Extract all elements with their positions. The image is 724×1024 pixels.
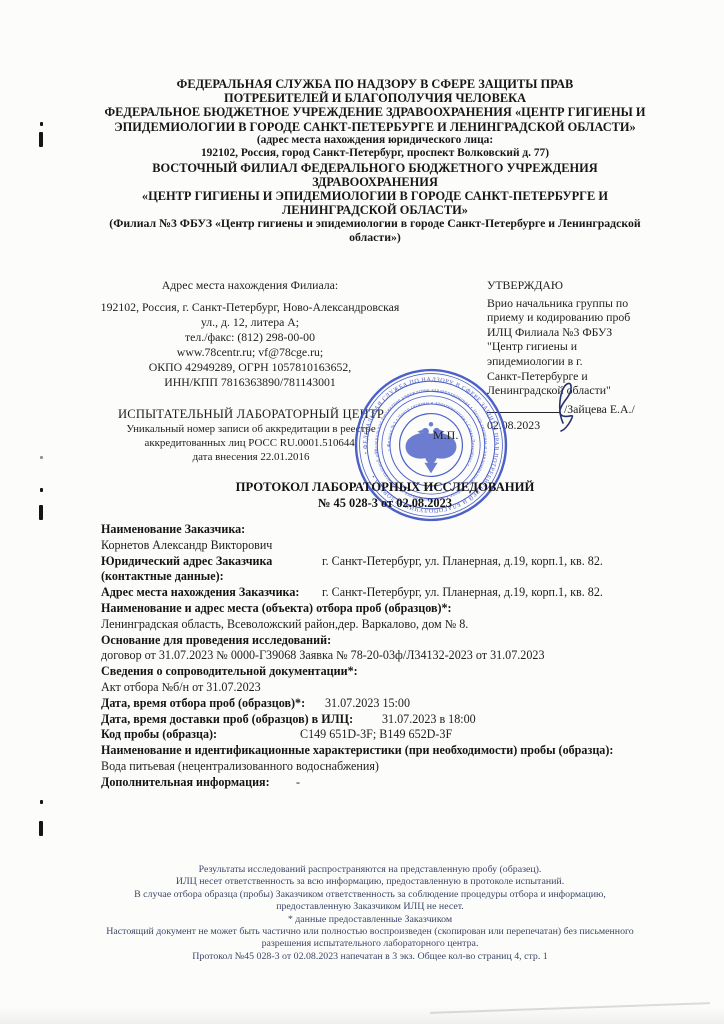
field-label: Адрес места нахождения Заказчика: <box>101 585 299 599</box>
footer-lines: Результаты исследований распространяются… <box>45 864 695 963</box>
field-value: 31.07.2023 в 18:00 <box>382 712 476 728</box>
field-value: Ленинградская область, Всеволожский райо… <box>101 617 676 633</box>
branch-address-line: www.78centr.ru; vf@78cge.ru; <box>85 345 415 360</box>
scan-artifact-mark <box>39 821 43 836</box>
org-header-line: «ЦЕНТР ГИГИЕНЫ И ЭПИДЕМИОЛОГИИ В ГОРОДЕ … <box>50 189 700 203</box>
scan-artifact-mark <box>40 800 43 804</box>
protocol-number: № 45 028-3 от 02.08.2023 <box>65 495 705 511</box>
branch-address-line: тел./факс: (812) 298-00-00 <box>85 330 415 345</box>
approval-line: Врио начальника группы по <box>487 296 712 311</box>
org-header-line: области») <box>50 231 700 245</box>
approval-line: эпидемиологии в г. <box>487 354 712 369</box>
approval-line: приему и кодированию проб <box>487 310 712 325</box>
footer-line: предоставленную Заказчиком ИЛЦ не несет. <box>45 901 695 913</box>
scan-artifact-mark <box>39 132 43 147</box>
field-row: Дата, время доставки проб (образцов) в И… <box>101 712 676 728</box>
field-value: 31.07.2023 15:00 <box>325 696 410 712</box>
org-header-line: (Филиал №3 ФБУЗ «Центр гигиены и эпидеми… <box>50 217 700 231</box>
scan-artifact-mark <box>40 122 43 126</box>
field-label: Наименование и адрес места (объекта) отб… <box>101 601 452 615</box>
field-label: Дата, время доставки проб (образцов) в И… <box>101 712 353 726</box>
org-header: ФЕДЕРАЛЬНАЯ СЛУЖБА ПО НАДЗОРУ В СФЕРЕ ЗА… <box>50 77 700 245</box>
org-header-line: ПОТРЕБИТЕЛЕЙ И БЛАГОПОЛУЧИЯ ЧЕЛОВЕКА <box>50 91 700 105</box>
field-row: Основание для проведения исследований: <box>101 633 676 649</box>
field-row: Код пробы (образца):С149 651D-3F; В149 6… <box>101 727 676 743</box>
field-row: Дата, время отбора проб (образцов)*:31.0… <box>101 696 676 712</box>
field-label: Код пробы (образца): <box>101 727 217 741</box>
footer-line: * данные предоставленные Заказчиком <box>45 914 695 926</box>
field-row: Сведения о сопроводительной документации… <box>101 664 676 680</box>
org-header-line: ЗДРАВООХРАНЕНИЯ <box>50 175 700 189</box>
scan-artifact-mark <box>40 488 43 492</box>
field-label: (контактные данные): <box>101 569 676 585</box>
footer-line: разрешения испытательного лабораторного … <box>45 938 695 950</box>
org-header-line: ФЕДЕРАЛЬНАЯ СЛУЖБА ПО НАДЗОРУ В СФЕРЕ ЗА… <box>50 77 700 91</box>
approval-line: "Центр гигиены и <box>487 339 712 354</box>
field-value: Корнетов Александр Викторович <box>101 538 676 554</box>
field-row: Адрес места нахождения Заказчика:г. Санк… <box>101 585 676 601</box>
field-row: Наименование и идентификационные характе… <box>101 743 676 759</box>
branch-address-line: ул., д. 12, литера А; <box>85 315 415 330</box>
seal-place-label: М.П. <box>433 428 458 443</box>
branch-address-title: Адрес места нахождения Филиала: <box>85 278 415 293</box>
field-row: Юридический адрес Заказчикаг. Санкт-Пете… <box>101 554 676 570</box>
branch-address-line: 192102, Россия, г. Санкт-Петербург, Ново… <box>85 300 415 315</box>
field-value: С149 651D-3F; В149 652D-3F <box>300 727 452 743</box>
fields: Наименование Заказчика:Корнетов Александ… <box>101 522 676 791</box>
field-label: Основание для проведения исследований: <box>101 633 331 647</box>
field-value: - <box>296 775 300 791</box>
approval-title: УТВЕРЖДАЮ <box>487 278 712 293</box>
org-header-line: ФЕДЕРАЛЬНОЕ БЮДЖЕТНОЕ УЧРЕЖДЕНИЕ ЗДРАВОО… <box>50 105 700 119</box>
field-row: Наименование Заказчика: <box>101 522 676 538</box>
field-row: Дополнительная информация:- <box>101 775 676 791</box>
org-header-line: (адрес места нахождения юридического лиц… <box>50 134 700 147</box>
footer-line: Результаты исследований распространяются… <box>45 864 695 876</box>
field-label: Наименование и идентификационные характе… <box>101 743 613 757</box>
org-header-line: ВОСТОЧНЫЙ ФИЛИАЛ ФЕДЕРАЛЬНОГО БЮДЖЕТНОГО… <box>50 161 700 175</box>
field-row: Наименование и адрес места (объекта) отб… <box>101 601 676 617</box>
field-value: договор от 31.07.2023 № 0000-Г39068 Заяв… <box>101 648 676 664</box>
scan-artifact-mark <box>39 505 43 520</box>
footer-line: ИЛЦ несет ответственность за всю информа… <box>45 876 695 888</box>
org-header-line: ЭПИДЕМИОЛОГИИ В ГОРОДЕ САНКТ-ПЕТЕРБУРГЕ … <box>50 120 700 134</box>
field-label: Дополнительная информация: <box>101 775 270 789</box>
field-value: г. Санкт-Петербург, ул. Планерная, д.19,… <box>322 554 603 570</box>
approval-line: ИЛЦ Филиала №3 ФБУЗ <box>487 325 712 340</box>
protocol-title-block: ПРОТОКОЛ ЛАБОРАТОРНЫХ ИССЛЕДОВАНИЙ № 45 … <box>65 479 705 511</box>
footer-line: Протокол №45 028-3 от 02.08.2023 напечат… <box>45 951 695 963</box>
document-page: ФЕДЕРАЛЬНАЯ СЛУЖБА ПО НАДЗОРУ В СФЕРЕ ЗА… <box>0 0 724 1024</box>
field-label: Дата, время отбора проб (образцов)*: <box>101 696 305 710</box>
footer-line: В случае отбора образца (пробы) Заказчик… <box>45 889 695 901</box>
field-label: Юридический адрес Заказчика <box>101 554 272 568</box>
field-value: Акт отбора №б/н от 31.07.2023 <box>101 680 676 696</box>
field-label: Наименование Заказчика: <box>101 522 245 536</box>
handwritten-signature-icon <box>533 376 603 432</box>
footer-line: Настоящий документ не может быть частичн… <box>45 926 695 938</box>
field-value: г. Санкт-Петербург, ул. Планерная, д.19,… <box>322 585 603 601</box>
field-label: Сведения о сопроводительной документации… <box>101 664 358 678</box>
protocol-title: ПРОТОКОЛ ЛАБОРАТОРНЫХ ИССЛЕДОВАНИЙ <box>65 479 705 495</box>
scan-edge-line <box>430 1002 710 1014</box>
org-header-line: ЛЕНИНГРАДСКОЙ ОБЛАСТИ» <box>50 203 700 217</box>
scan-artifact-mark <box>40 456 43 459</box>
field-value: Вода питьевая (нецентрализованного водос… <box>101 759 676 775</box>
org-header-line: 192102, Россия, город Санкт-Петербург, п… <box>50 147 700 160</box>
